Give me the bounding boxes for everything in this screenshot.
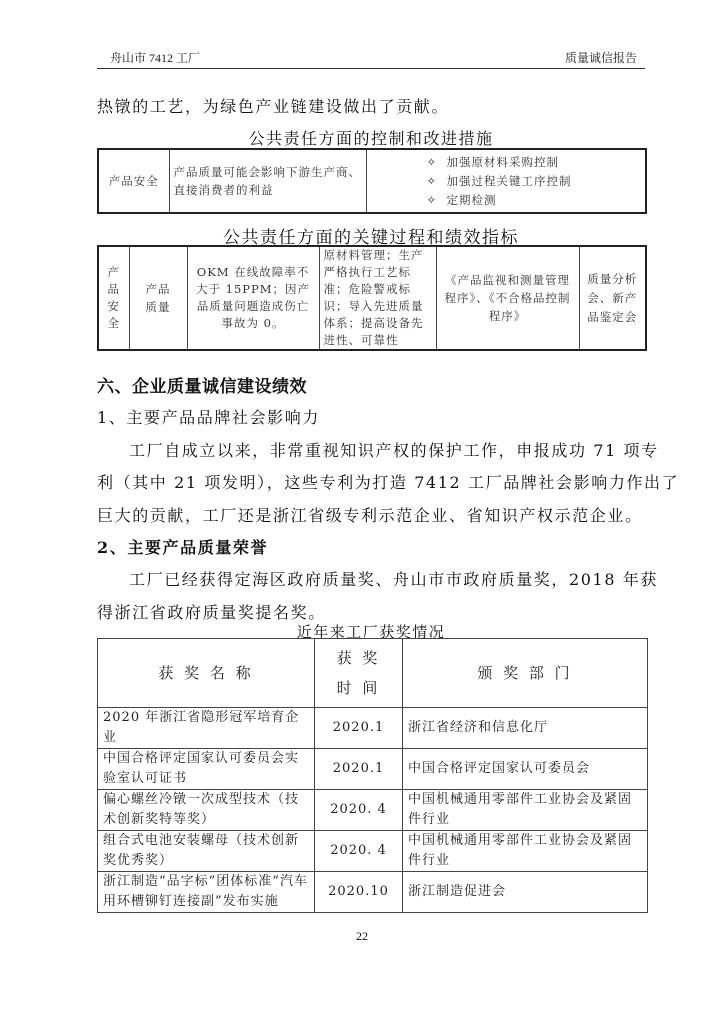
measure-item: ✧ 加强原材料采购控制 xyxy=(427,153,642,172)
header-dept: 颁 奖 部 门 xyxy=(403,639,648,708)
item-cell: 产品质量 xyxy=(129,246,187,350)
table-header-row: 获 奖 名 称 获 奖 时 间 颁 奖 部 门 xyxy=(98,639,648,708)
impact-cell: 产品质量可能会影响下游生产商、直接消费者的利益 xyxy=(169,149,366,213)
category-cell: 产品安全 xyxy=(98,246,129,350)
indicator-cell: OKM 在线故障率不大于 15PPM；因产品质量问题造成伤亡事故为 0。 xyxy=(187,246,319,350)
awards-table: 获 奖 名 称 获 奖 时 间 颁 奖 部 门 2020 年浙江省隐形冠军培育企… xyxy=(97,638,648,913)
category-cell: 产品安全 xyxy=(98,149,169,213)
process-cell: 原材料管理；生产严格执行工艺标准；危险警戒标识；导入先进质量体系；提高设备先进性… xyxy=(319,246,436,350)
procedure-cell: 《产品监视和测量管理程序》、《不合格品控制程序》 xyxy=(436,246,579,350)
paragraph-line: 巨大的贡献，工厂还是浙江省级专利示范企业、省知识产权示范企业。 xyxy=(97,503,643,526)
table-row: 组合式电池安装螺母（技术创新奖优秀奖） 2020. 4 中国机械通用零部件工业协… xyxy=(98,831,648,872)
review-cell: 质量分析会、新产品鉴定会 xyxy=(579,246,646,350)
diamond-bullet-icon: ✧ xyxy=(427,174,438,188)
subsection-heading-2: 2、主要产品质量荣誉 xyxy=(97,535,268,558)
intro-line: 热镦的工艺，为绿色产业链建设做出了贡献。 xyxy=(97,94,449,117)
paragraph-line: 利（其中 21 项发明），这些专利为打造 7412 工厂品牌社会影响力作出了 xyxy=(97,470,679,493)
paragraph-line: 得浙江省政府质量奖提名奖。 xyxy=(97,600,326,623)
paragraph-line: 工厂自成立以来，非常重视知识产权的保护工作，申报成功 71 项专 xyxy=(129,438,659,461)
table-row: 偏心螺丝冷镦一次成型技术（技术创新奖特等奖） 2020. 4 中国机械通用零部件… xyxy=(98,790,648,831)
measure-item: ✧ 定期检测 xyxy=(427,191,642,210)
section-heading: 六、企业质量诚信建设绩效 xyxy=(97,372,307,397)
table-row: 2020 年浙江省隐形冠军培育企业 2020.1 浙江省经济和信息化厅 xyxy=(98,708,648,749)
header-divider xyxy=(97,68,645,69)
paragraph-line: 工厂已经获得定海区政府质量奖、舟山市市政府质量奖，2018 年获 xyxy=(129,567,658,590)
header-date: 获 奖 时 间 xyxy=(315,639,403,708)
table-row: 浙江制造“品字标”团体标准“汽车用环槽铆钉连接副”发布实施 2020.10 浙江… xyxy=(98,872,648,913)
subsection-heading-1: 1、主要产品品牌社会影响力 xyxy=(97,405,320,428)
table-row: 中国合格评定国家认可委员会实验室认可证书 2020.1 中国合格评定国家认可委员… xyxy=(98,749,648,790)
performance-indicators-table: 产品安全 产品质量 OKM 在线故障率不大于 15PPM；因产品质量问题造成伤亡… xyxy=(97,245,647,351)
control-measures-table: 产品安全 产品质量可能会影响下游生产商、直接消费者的利益 ✧ 加强原材料采购控制… xyxy=(97,148,647,214)
table1-caption: 公共责任方面的控制和改进措施 xyxy=(97,126,645,149)
measures-cell: ✧ 加强原材料采购控制 ✧ 加强过程关键工序控制 ✧ 定期检测 xyxy=(366,149,646,213)
diamond-bullet-icon: ✧ xyxy=(427,193,438,207)
page-number: 22 xyxy=(0,929,724,944)
measure-item: ✧ 加强过程关键工序控制 xyxy=(427,172,642,191)
diamond-bullet-icon: ✧ xyxy=(427,155,438,169)
header-name: 获 奖 名 称 xyxy=(98,639,315,708)
header-right: 质量诚信报告 xyxy=(565,49,637,66)
header-left: 舟山市 7412 工厂 xyxy=(110,49,200,66)
